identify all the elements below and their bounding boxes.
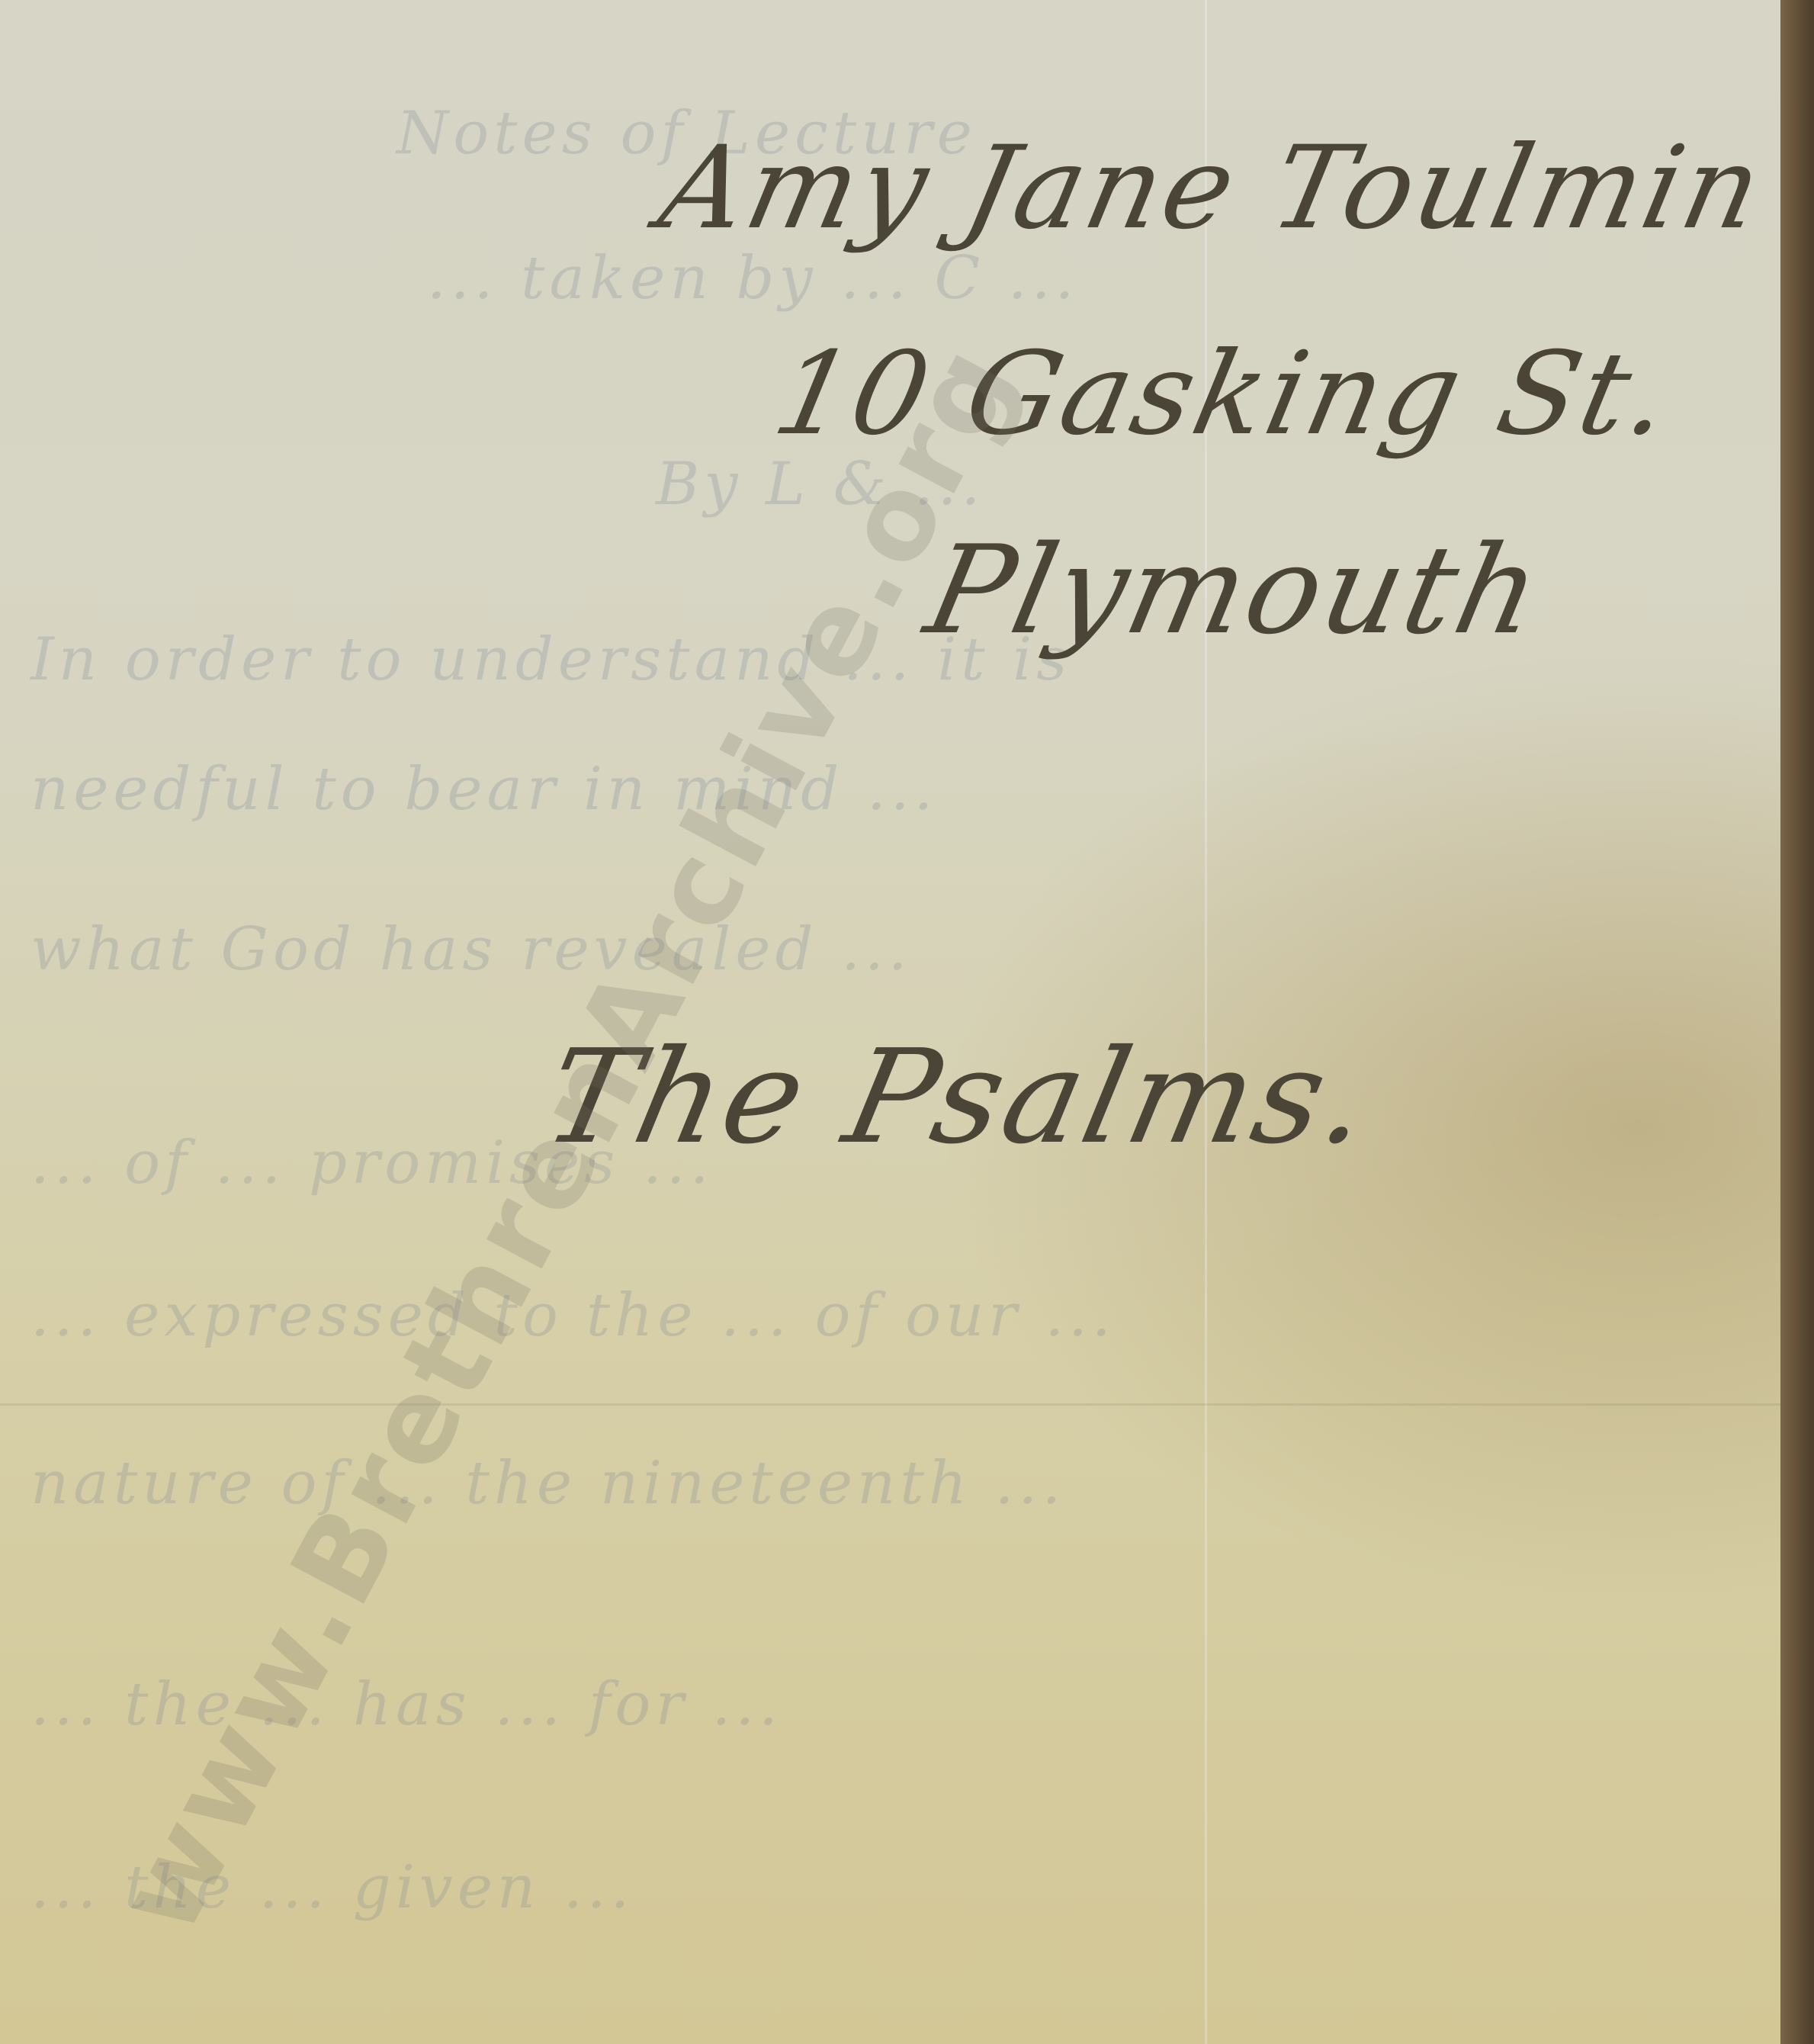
paper-fold-horizontal (0, 1403, 1780, 1406)
bleed-through-line: needful to bear in mind ... (31, 755, 1746, 824)
bleed-through-line: nature of ... the nineteenth ... (31, 1449, 1746, 1518)
author-name: Amy Jane Toulmin (650, 122, 1776, 255)
bleed-through-line: ... the ... given ... (31, 1853, 1746, 1922)
bleed-through-line: what God has revealed ... (31, 915, 1746, 984)
book-binding-edge (1780, 0, 1814, 2044)
bleed-through-line: ... expressed to the ... of our ... (31, 1281, 1746, 1350)
manuscript-page: Notes of Lecture ... taken by ... C ... … (0, 0, 1780, 2044)
city: Plymouth (915, 519, 1555, 661)
